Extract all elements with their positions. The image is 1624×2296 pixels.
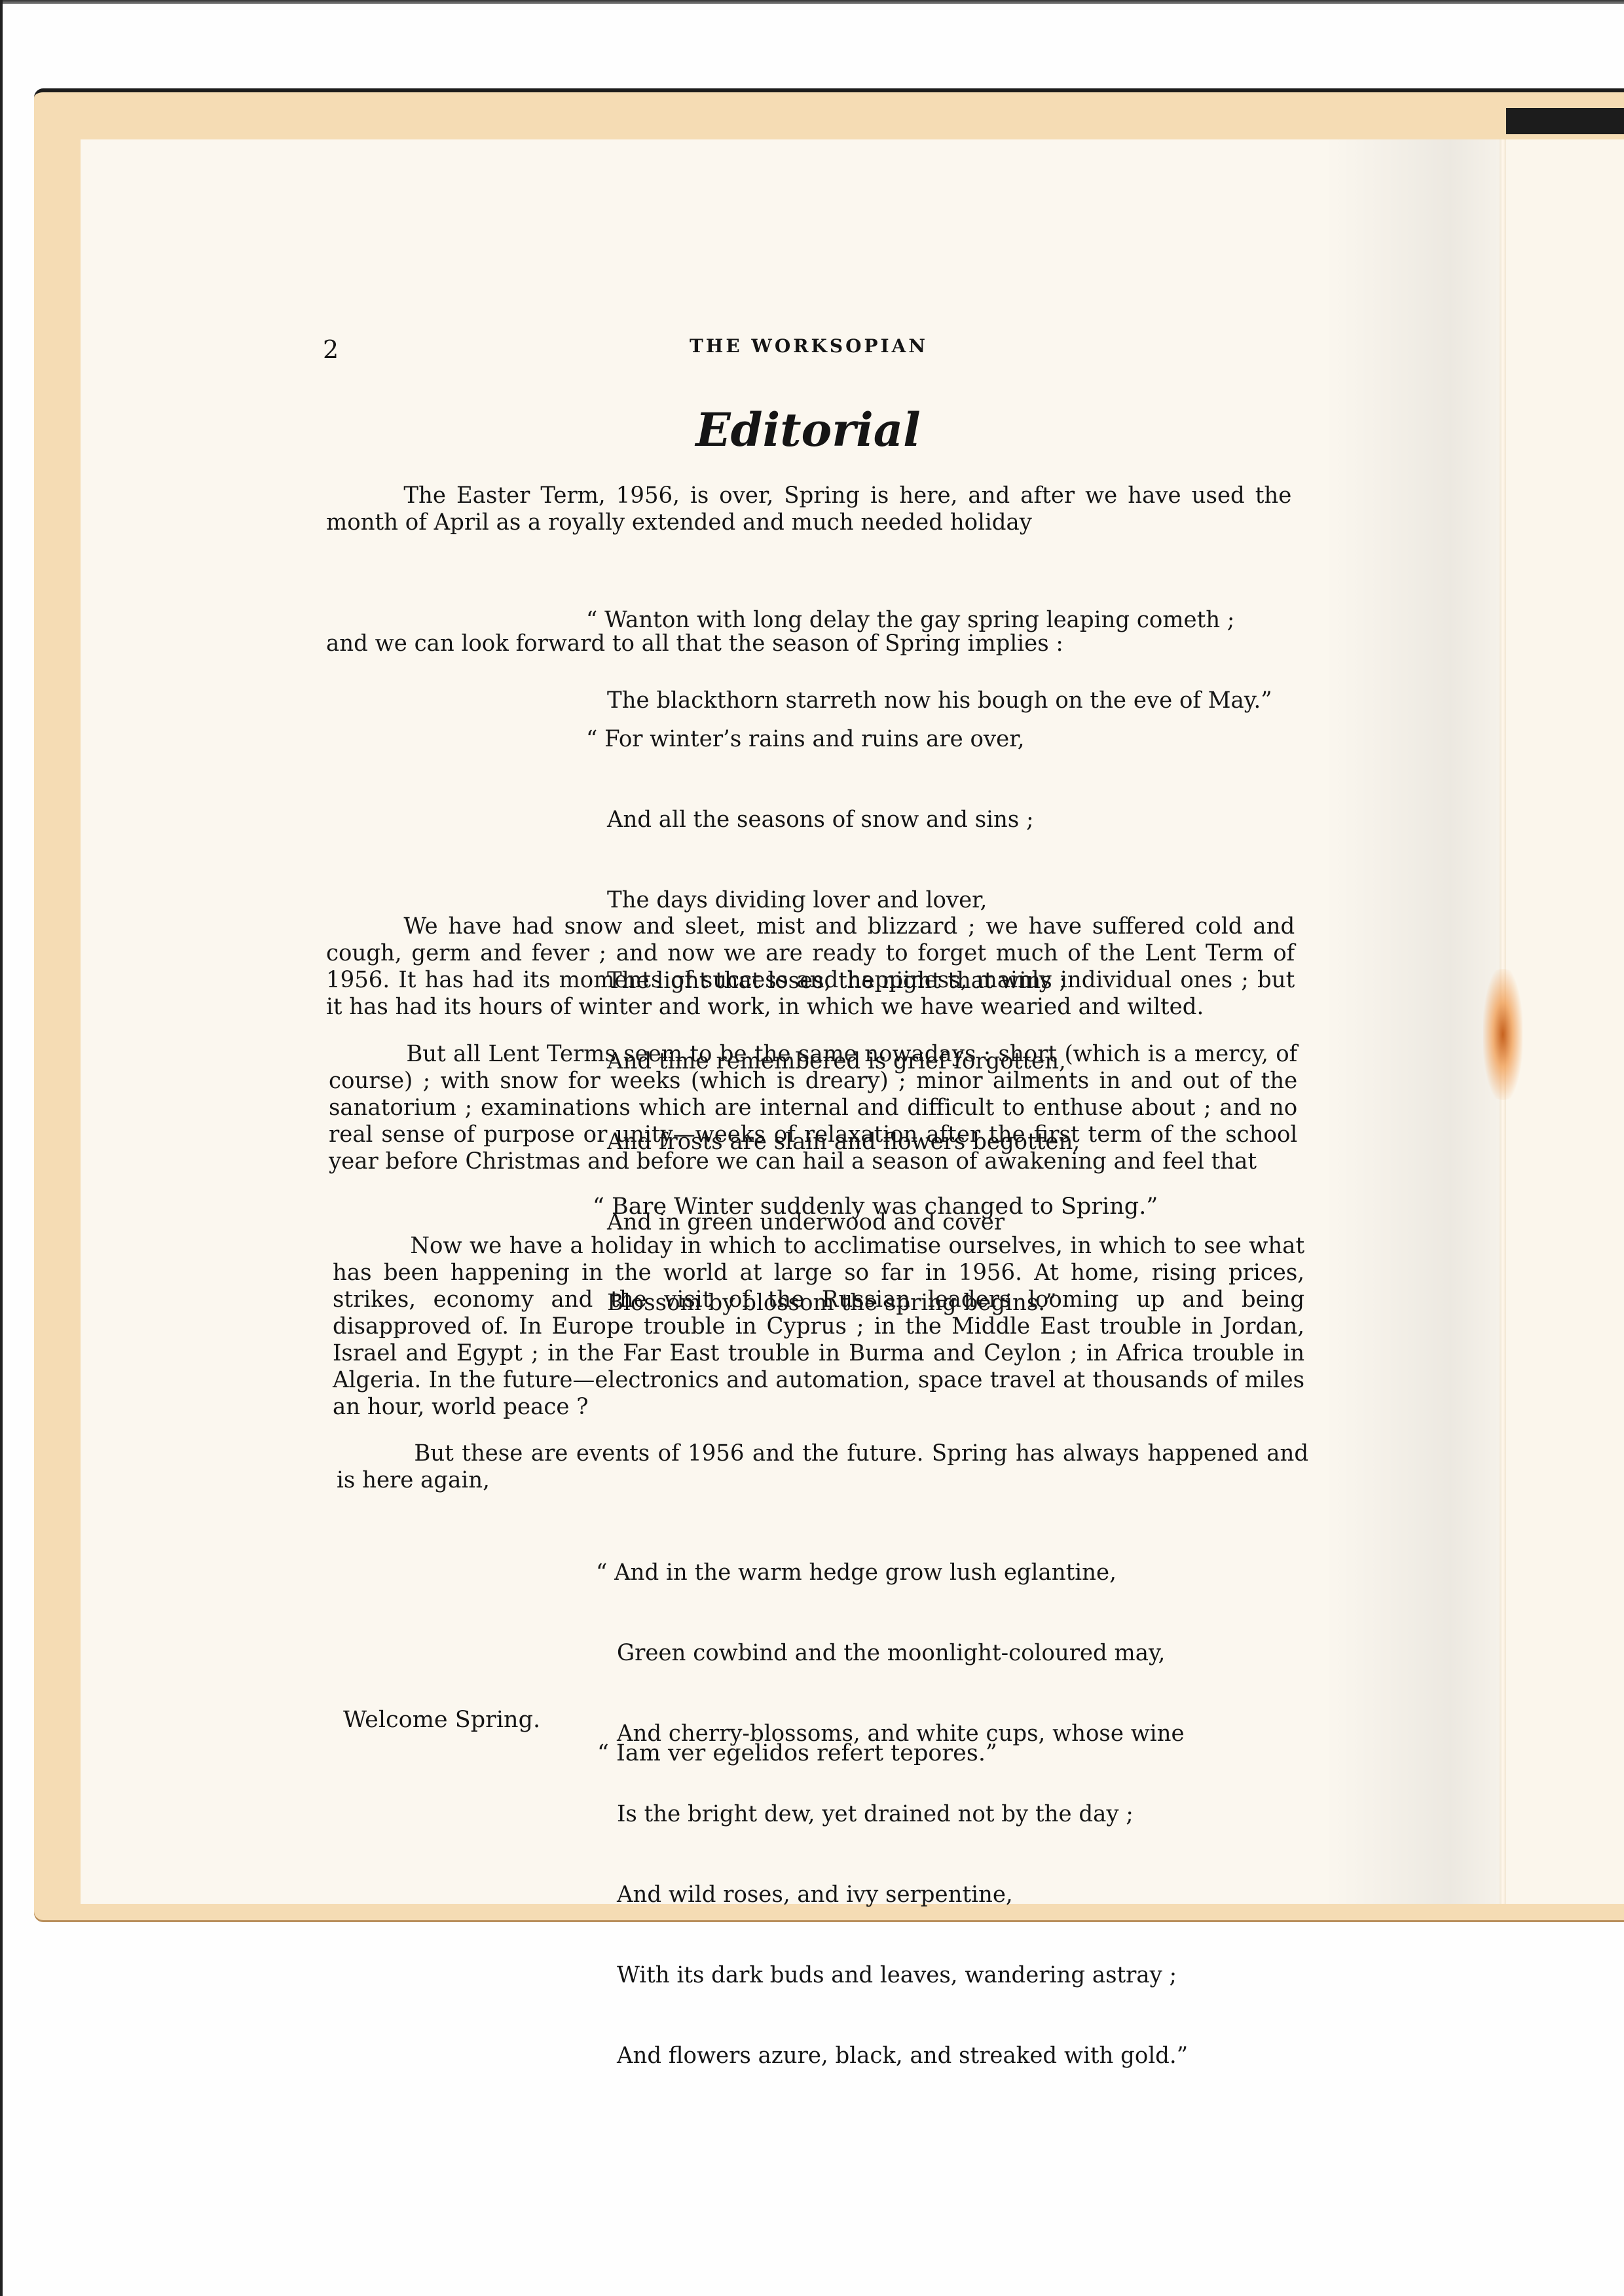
verse-line: With its dark buds and leaves, wandering… — [596, 1962, 1188, 1989]
scanner-edge — [0, 0, 1624, 4]
paragraph-2: and we can look forward to all that the … — [326, 630, 1291, 657]
quote-bare-winter: “ Bare Winter suddenly was changed to Sp… — [593, 1194, 1158, 1220]
scanned-page: 2 THE WORKSOPIAN Editorial The Easter Te… — [0, 0, 1624, 2296]
closing-line: Welcome Spring. — [343, 1707, 540, 1734]
verse-line: And wild roses, and ivy serpentine, — [596, 1882, 1188, 1908]
paragraph-text: But these are events of 1956 and the fut… — [337, 1440, 1308, 1494]
rust-stain — [1483, 969, 1522, 1100]
paragraph-text: The Easter Term, 1956, is over, Spring i… — [326, 483, 1291, 536]
paragraph-4: But all Lent Terms seem to be the same n… — [329, 1041, 1297, 1175]
running-head: THE WORKSOPIAN — [0, 335, 1621, 357]
verse-line: The days dividing lover and lover, — [586, 887, 1080, 914]
verse-line: “ And in the warm hedge grow lush eglant… — [596, 1559, 1188, 1586]
verse-3: “ And in the warm hedge grow lush eglant… — [596, 1506, 1188, 2123]
quote-latin: “ Iam ver egelidos refert tepores.” — [597, 1740, 997, 1767]
verse-line: Green cowbind and the moonlight-coloured… — [596, 1640, 1188, 1667]
verse-line: And flowers azure, black, and streaked w… — [596, 2043, 1188, 2069]
paragraph-text: We have had snow and sleet, mist and bli… — [326, 913, 1295, 1021]
verse-line: “ Wanton with long delay the gay spring … — [586, 607, 1272, 634]
cover-shadow — [1506, 108, 1624, 134]
paragraph-5: Now we have a holiday in which to acclim… — [333, 1233, 1304, 1421]
verse-line: “ For winter’s rains and ruins are over, — [586, 726, 1080, 753]
paragraph-1: The Easter Term, 1956, is over, Spring i… — [326, 483, 1291, 536]
paragraph-text: and we can look forward to all that the … — [326, 630, 1291, 657]
paragraph-6: But these are events of 1956 and the fut… — [337, 1440, 1308, 1494]
verse-line: Is the bright dew, yet drained not by th… — [596, 1801, 1188, 1828]
paragraph-text: Now we have a holiday in which to acclim… — [333, 1233, 1304, 1421]
verse-line: And all the seasons of snow and sins ; — [586, 807, 1080, 833]
paragraph-text: But all Lent Terms seem to be the same n… — [329, 1041, 1297, 1175]
article-title: Editorial — [0, 403, 1620, 457]
paragraph-3: We have had snow and sleet, mist and bli… — [326, 913, 1295, 1021]
